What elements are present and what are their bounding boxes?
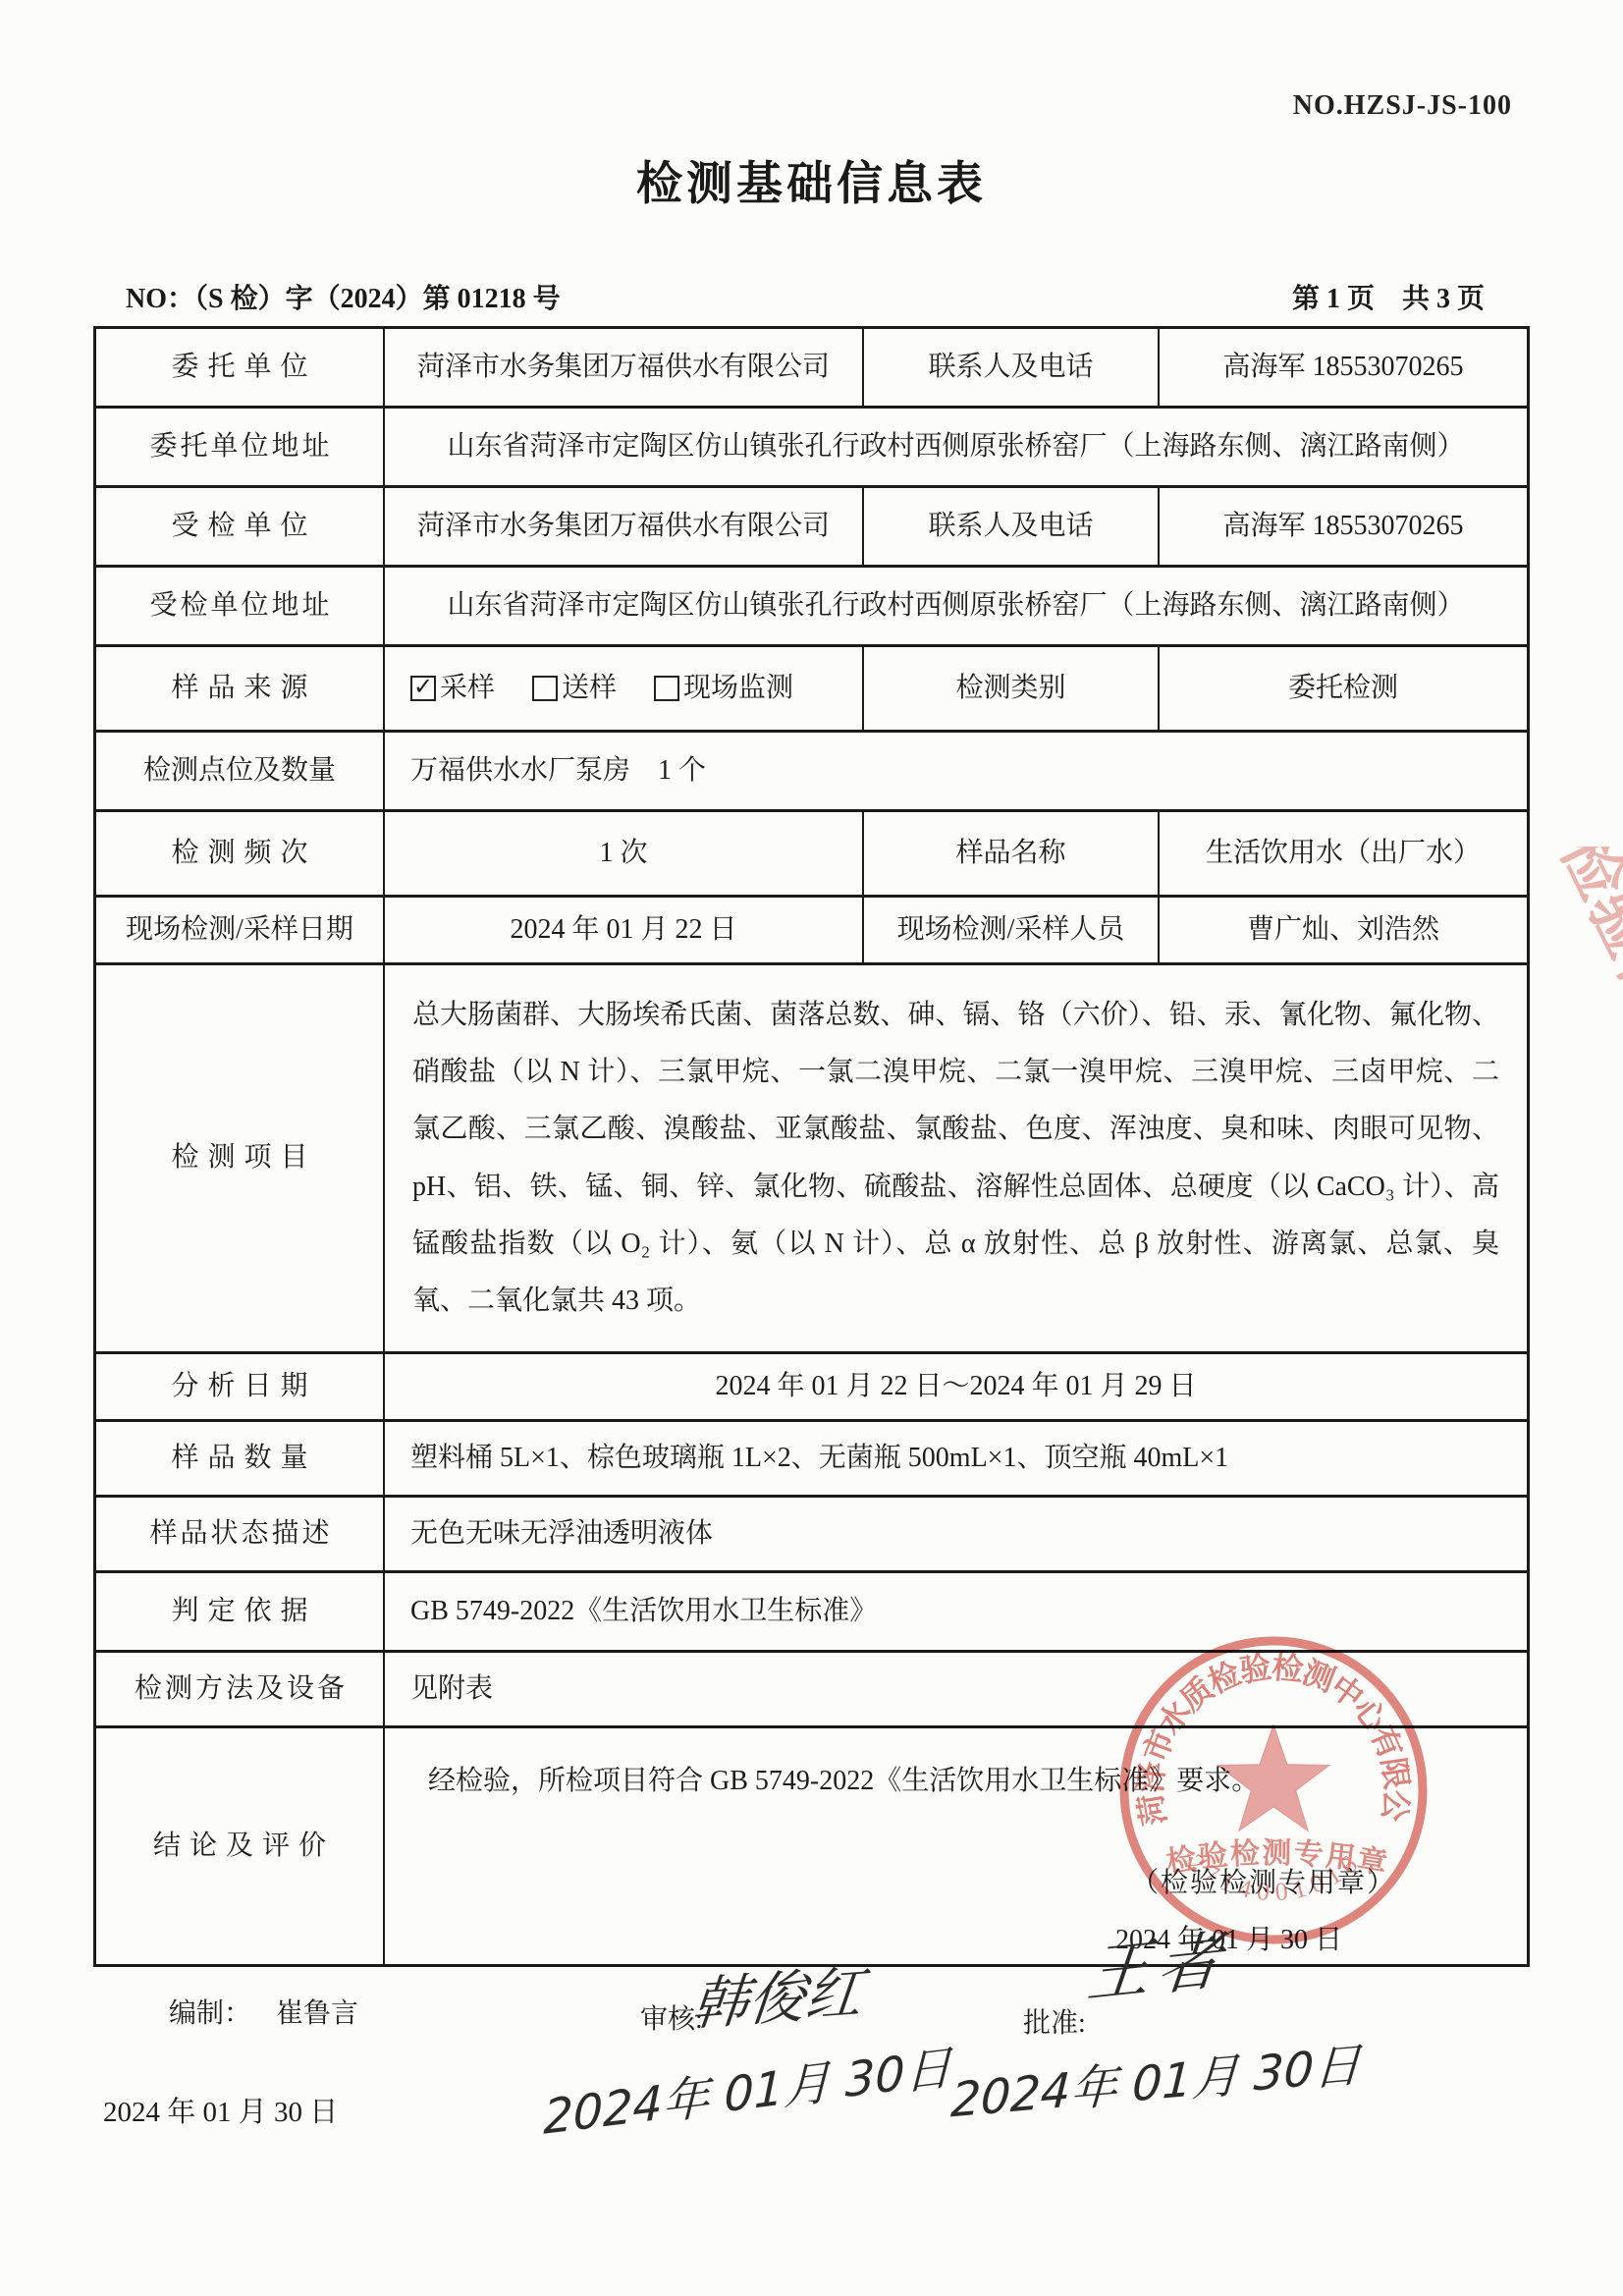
row-sample-state: 样品状态描述 无色无味无浮油透明液体 (96, 1495, 1527, 1570)
checkbox-delivered: 送样 (532, 669, 617, 709)
sample-source-label: 样品来源 (96, 647, 383, 730)
scanned-document-page: NO.HZSJ-JS-100 检测基础信息表 NO：（S 检）字（2024）第 … (0, 0, 1623, 2296)
checkbox-sampling-label: 采样 (440, 669, 495, 709)
frequency-label: 检测频次 (96, 812, 383, 895)
checkbox-delivered-box (532, 676, 558, 701)
sample-name-value: 生活饮用水（出厂水） (1158, 812, 1527, 895)
sample-source-options: ✓ 采样 送样 现场监测 (383, 647, 862, 730)
checkbox-sampling: ✓ 采样 (410, 669, 495, 709)
checkbox-onsite-box (654, 676, 679, 701)
client-label: 委托单位 (96, 329, 383, 406)
test-items-value: 总大肠菌群、大肠埃希氏菌、菌落总数、砷、镉、铬（六价）、铅、汞、氰化物、氟化物、… (383, 965, 1527, 1351)
method-value: 见附表 (383, 1653, 1527, 1725)
checkbox-group: ✓ 采样 送样 现场监测 (410, 669, 793, 709)
edge-stamp-fragment: 检验检测专用章 (1528, 847, 1623, 1200)
client-address-label: 委托单位地址 (96, 409, 383, 485)
row-inspected-address: 受检单位地址 山东省菏泽市定陶区仿山镇张孔行政村西侧原张桥窑厂（上海路东侧、漓江… (96, 565, 1527, 644)
edge-stamp-text: 检验检测专用章 (1546, 847, 1623, 1200)
row-test-points: 检测点位及数量 万福供水水厂泵房 1 个 (96, 730, 1527, 809)
seal-note: （检验检测专用章） (1131, 1864, 1396, 1904)
inspected-contact-label: 联系人及电话 (862, 488, 1158, 565)
client-value: 菏泽市水务集团万福供水有限公司 (383, 329, 862, 406)
sample-state-label: 样品状态描述 (96, 1498, 383, 1570)
prepared-by-line: 编制： 崔鲁言 (169, 1992, 358, 2031)
row-inspected: 受检单位 菏泽市水务集团万福供水有限公司 联系人及电话 高海军 18553070… (96, 485, 1527, 565)
checkbox-sampling-box: ✓ (410, 676, 436, 701)
approved-signature: 王者 (1083, 1909, 1233, 2016)
prepared-date: 2024 年 01 月 30 日 (103, 2090, 338, 2130)
checkbox-onsite: 现场监测 (654, 669, 793, 709)
inspected-address-value: 山东省菏泽市定陶区仿山镇张孔行政村西侧原张桥窑厂（上海路东侧、漓江路南侧） (383, 568, 1527, 644)
row-analysis-date: 分析日期 2024 年 01 月 22 日～2024 年 01 月 29 日 (96, 1351, 1527, 1419)
inspected-label: 受检单位 (96, 488, 383, 565)
sampling-date-value: 2024 年 01 月 22 日 (383, 898, 862, 962)
conclusion-cell: 经检验，所检项目符合 GB 5749-2022《生活饮用水卫生标准》要求。 （检… (383, 1728, 1527, 1964)
inspected-value: 菏泽市水务集团万福供水有限公司 (383, 488, 862, 565)
test-points-label: 检测点位及数量 (96, 733, 383, 809)
client-contact-label: 联系人及电话 (862, 329, 1158, 406)
analysis-date-label: 分析日期 (96, 1354, 383, 1419)
prepared-by-name: 崔鲁言 (276, 1998, 358, 2029)
inspected-contact-value: 高海军 18553070265 (1158, 488, 1527, 565)
reviewed-signature: 韩俊红 (688, 1946, 868, 2042)
sampling-person-label: 现场检测/采样人员 (862, 898, 1158, 962)
sample-quantity-value: 塑料桶 5L×1、棕色玻璃瓶 1L×2、无菌瓶 500mL×1、顶空瓶 40mL… (383, 1422, 1527, 1495)
info-table: 委托单位 菏泽市水务集团万福供水有限公司 联系人及电话 高海军 18553070… (93, 326, 1530, 1967)
judgment-basis-label: 判定依据 (96, 1573, 383, 1650)
test-points-value: 万福供水水厂泵房 1 个 (383, 733, 1527, 809)
prepared-by-label: 编制： (169, 1998, 251, 2029)
row-sample-quantity: 样品数量 塑料桶 5L×1、棕色玻璃瓶 1L×2、无菌瓶 500mL×1、顶空瓶… (96, 1419, 1527, 1495)
client-address-value: 山东省菏泽市定陶区仿山镇张孔行政村西侧原张桥窑厂（上海路东侧、漓江路南侧） (383, 409, 1527, 485)
sample-state-value: 无色无味无浮油透明液体 (383, 1498, 1527, 1570)
record-number-line: NO：（S 检）字（2024）第 01218 号 第 1 页 共 3 页 (126, 277, 1485, 316)
record-number: NO：（S 检）字（2024）第 01218 号 (126, 277, 561, 316)
row-client-address: 委托单位地址 山东省菏泽市定陶区仿山镇张孔行政村西侧原张桥窑厂（上海路东侧、漓江… (96, 406, 1527, 485)
row-frequency: 检测频次 1 次 样品名称 生活饮用水（出厂水） (96, 809, 1527, 895)
sampling-person-value: 曹广灿、刘浩然 (1158, 898, 1527, 962)
method-label: 检测方法及设备 (96, 1653, 383, 1725)
row-judgment-basis: 判定依据 GB 5749-2022《生活饮用水卫生标准》 (96, 1570, 1527, 1650)
test-category-label: 检测类别 (862, 647, 1158, 730)
approved-by-label: 批准: (1023, 2001, 1086, 2041)
client-contact-value: 高海军 18553070265 (1158, 329, 1527, 406)
inspected-address-label: 受检单位地址 (96, 568, 383, 644)
conclusion-text: 经检验，所检项目符合 GB 5749-2022《生活饮用水卫生标准》要求。 (428, 1762, 1259, 1802)
analysis-date-value: 2024 年 01 月 22 日～2024 年 01 月 29 日 (383, 1354, 1527, 1419)
test-items-label: 检测项目 (96, 965, 383, 1351)
frequency-value: 1 次 (383, 812, 862, 895)
row-sample-source: 样品来源 ✓ 采样 送样 现场监测 检测类别 (96, 644, 1527, 730)
row-sampling-date: 现场检测/采样日期 2024 年 01 月 22 日 现场检测/采样人员 曹广灿… (96, 895, 1527, 962)
row-conclusion: 结论及评价 经检验，所检项目符合 GB 5749-2022《生活饮用水卫生标准》… (96, 1725, 1527, 1964)
row-client: 委托单位 菏泽市水务集团万福供水有限公司 联系人及电话 高海军 18553070… (96, 329, 1527, 406)
sample-name-label: 样品名称 (862, 812, 1158, 895)
judgment-basis-value: GB 5749-2022《生活饮用水卫生标准》 (383, 1573, 1527, 1650)
sampling-date-label: 现场检测/采样日期 (96, 898, 383, 962)
approved-date-handwritten: 2024年 01月 30日 (949, 2026, 1363, 2130)
row-method: 检测方法及设备 见附表 (96, 1650, 1527, 1725)
page-title: 检测基础信息表 (0, 147, 1623, 213)
page-indicator: 第 1 页 共 3 页 (1292, 277, 1485, 316)
checkbox-delivered-label: 送样 (562, 669, 617, 709)
check-mark-icon: ✓ (413, 675, 433, 698)
checkbox-onsite-label: 现场监测 (683, 669, 793, 709)
test-category-value: 委托检测 (1158, 647, 1527, 730)
sample-quantity-label: 样品数量 (96, 1422, 383, 1495)
document-number: NO.HZSJ-JS-100 (0, 90, 1512, 122)
row-test-items: 检测项目 总大肠菌群、大肠埃希氏菌、菌落总数、砷、镉、铬（六价）、铅、汞、氰化物… (96, 962, 1527, 1351)
conclusion-label: 结论及评价 (96, 1728, 383, 1964)
reviewed-date-handwritten: 2024年 01月 30日 (543, 2029, 952, 2148)
